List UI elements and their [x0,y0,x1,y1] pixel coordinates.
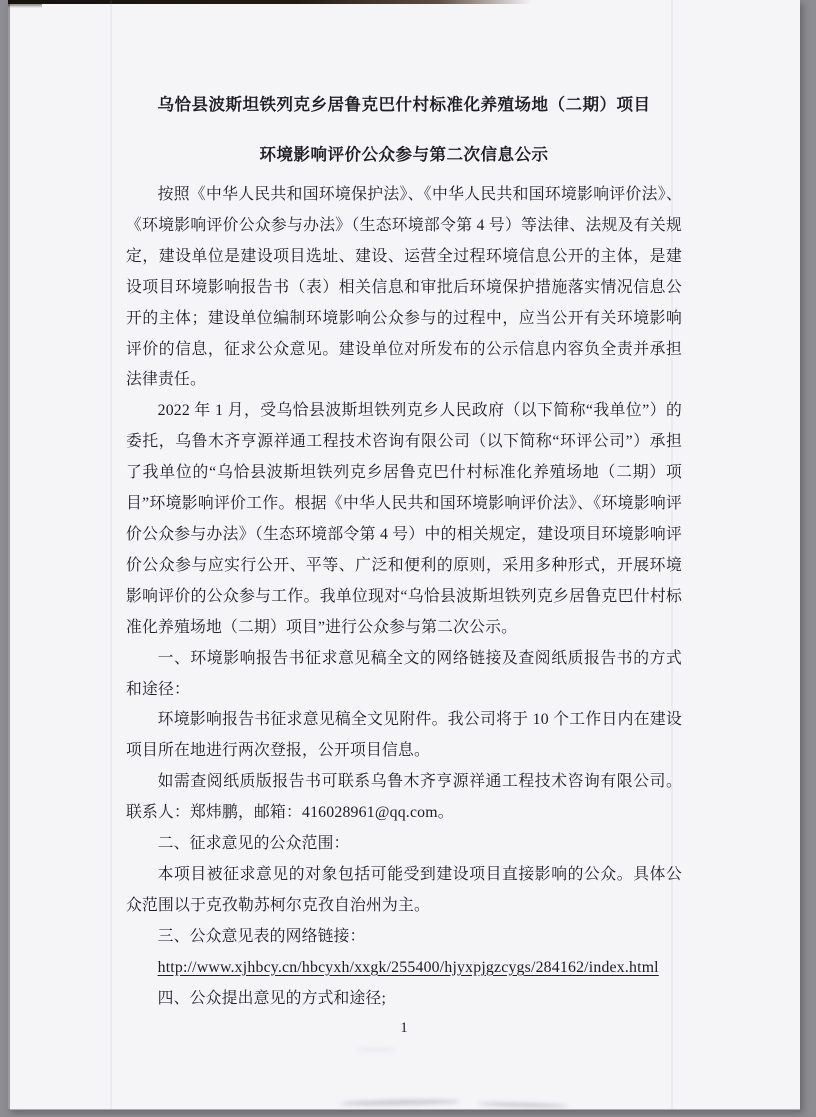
paragraph-public-scope: 本项目被征求意见的对象包括可能受到建设项目直接影响的公众。具体公众范围以于克孜勒… [126,860,682,922]
document-page: 乌恰县波斯坦铁列克乡居鲁克巴什村标准化养殖场地（二期）项目 环境影响评价公众参与… [8,0,800,1110]
scan-smudge [478,1102,568,1108]
document-body: 乌恰县波斯坦铁列克乡居鲁克巴什村标准化养殖场地（二期）项目 环境影响评价公众参与… [126,0,682,1014]
section-heading-4: 四、公众提出意见的方式和途径; [126,984,682,1015]
comment-form-link-line: http://www.xjhbcy.cn/hbcyxh/xxgk/255400/… [126,953,682,984]
page-number: 1 [8,1020,800,1037]
paragraph-contact-info: 如需查阅纸质版报告书可联系乌鲁木齐亨源祥通工程技术咨询有限公司。联系人：郑炜鹏，… [126,767,682,829]
scan-smudge [340,1099,460,1106]
scan-edge-artifact-corner [8,0,42,8]
section-heading-1: 一、环境影响报告书征求意见稿全文的网络链接及查阅纸质报告书的方式和途径： [126,644,682,706]
section-heading-2: 二、征求意见的公众范围： [126,829,682,860]
fold-line [110,0,112,1110]
paragraph-report-access: 环境影响报告书征求意见稿全文见附件。我公司将于 10 个工作日内在建设项目所在地… [126,705,682,767]
paragraph-project-background: 2022 年 1 月，受乌恰县波斯坦铁列克乡人民政府（以下简称“我单位”）的委托… [126,396,682,643]
paragraph-legal-basis: 按照《中华人民共和国环境保护法》、《中华人民共和国环境影响评价法》、《环境影响评… [126,180,682,396]
section-heading-3: 三、公众意见表的网络链接： [126,922,682,953]
document-text: 按照《中华人民共和国环境保护法》、《中华人民共和国环境影响评价法》、《环境影响评… [126,180,682,1014]
scan-smudge [356,1048,396,1051]
doc-title-line2: 环境影响评价公众参与第二次信息公示 [126,142,682,168]
doc-title-line1: 乌恰县波斯坦铁列克乡居鲁克巴什村标准化养殖场地（二期）项目 [126,92,682,118]
comment-form-link[interactable]: http://www.xjhbcy.cn/hbcyxh/xxgk/255400/… [158,959,659,976]
